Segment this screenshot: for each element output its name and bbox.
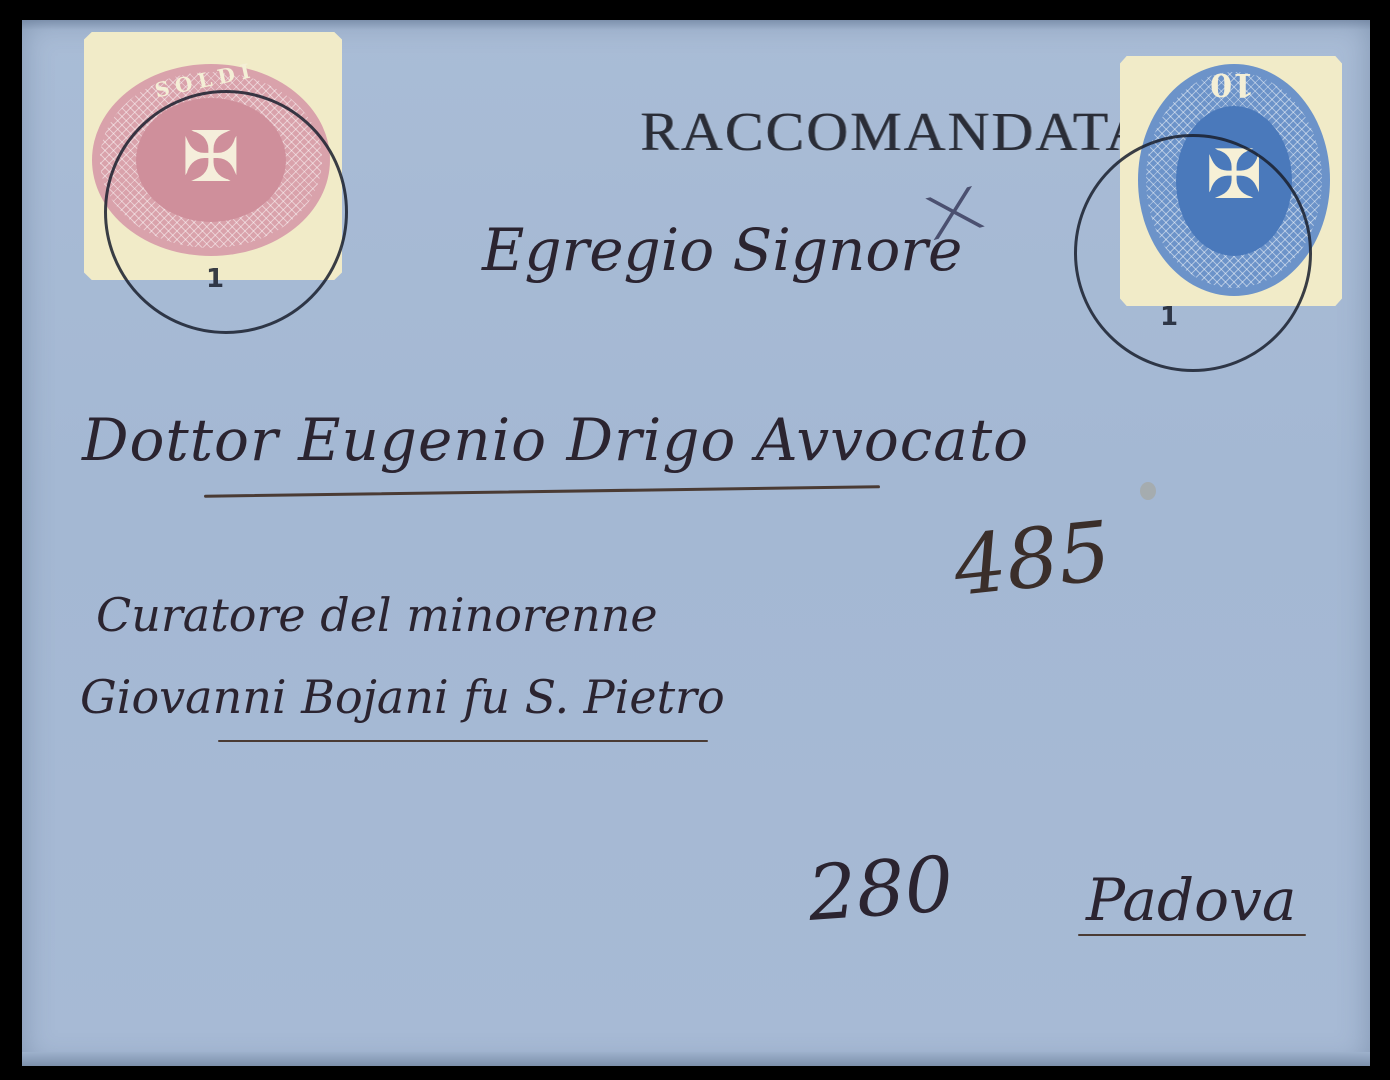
postmark-right-number: 1 xyxy=(1160,302,1178,332)
registered-handstamp: RACCOMANDATA xyxy=(640,100,1149,164)
addressee-underline xyxy=(204,485,880,497)
ward-name-text: Giovanni Bojani fu S. Pietro xyxy=(80,670,725,724)
number-upper-text: 485 xyxy=(949,504,1115,615)
bottom-fold xyxy=(22,1052,1370,1066)
postmark-right xyxy=(1074,134,1312,372)
salutation-text: Egregio Signore xyxy=(482,216,962,284)
postal-cover: ✠ SOLDI 1 RACCOMANDATA ✠ 10 1 X Egregio … xyxy=(22,20,1370,1066)
destination-text: Padova xyxy=(1086,866,1296,934)
postmark-left-number: 1 xyxy=(206,264,224,294)
number-lower-text: 280 xyxy=(805,839,956,938)
stamp-value: 10 xyxy=(1210,66,1255,104)
postmark-left xyxy=(104,90,348,334)
ward-name-underline xyxy=(218,740,708,742)
curator-line-text: Curatore del minorenne xyxy=(96,588,658,642)
destination-underline xyxy=(1078,934,1306,936)
ink-stain xyxy=(1140,482,1156,500)
addressee-text: Dottor Eugenio Drigo Avvocato xyxy=(82,406,1029,474)
